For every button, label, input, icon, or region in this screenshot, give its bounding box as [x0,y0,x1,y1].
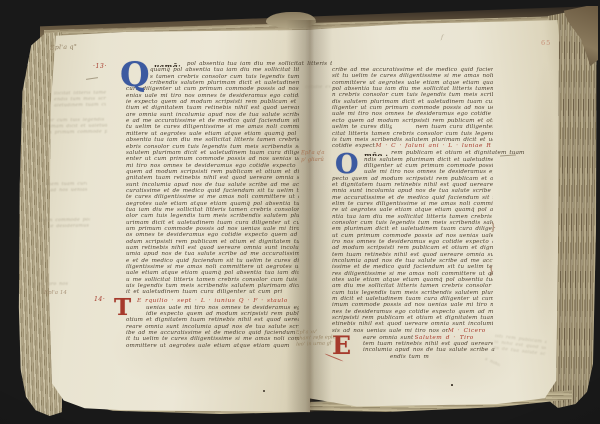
letter-16-sender-line: sis ad nos uenias uale mi tiro nos omnes… [332,328,493,334]
margin-note-mid: Epl'a q'a p' gliarū [301,150,325,164]
letter-15-incipit-line: mn̄o · rem publicam et otium et dignitat… [332,150,525,156]
script-line: aletudinem tuam cura diligenter ut cum p… [54,102,106,109]
script-line: it et ualetudinem tuam cura diligenter u… [126,289,282,295]
script-line: incolumia apud nos de tua salute scribe … [332,347,495,353]
letter-15-rubric: M · C · faluni ani · L · luniae R F · [375,143,493,149]
quire-mark: ſ [441,34,444,41]
letter-13-margin-number: ·13· [93,63,107,70]
ghost-margin-note: lor cum tuis legendis tum meis scribendi… [47,117,107,136]
script-line: m primum commode possis ad nos uenias ua… [47,129,107,136]
ghost-margin-note: dinem tuam cura diligenter ut cum primum… [43,182,87,195]
script-line: es te desideramus ego cotidie expecto qu… [40,223,90,230]
margin-note-line: Epl'a q'a [301,150,325,157]
ink-speck [263,390,265,392]
left-text-block-letter-13: quamq̃ pol absentia tua iam diu me solli… [126,67,299,295]
ink-speck [451,384,453,386]
right-text-block-letter-15: ndis salutem plurimam dicit et ualetudin… [332,157,493,328]
letter-14-margin-note: Epl'a 14 [44,290,67,296]
script-line: is ad nos uenias uale mi tiro nos omnes … [43,188,87,195]
ghost-margin-note: llicitat litteris tamen crebris consolor… [54,91,106,110]
initial-q: Q [120,58,150,92]
margin-brace-mark: } [488,266,494,277]
folio-number: 65 [541,39,551,47]
letter-16-closing-line: endis tum meis scribendis salutem p [332,354,493,360]
left-page-corner-note: Epl'a q° [50,44,78,52]
script-line-segment: endis tum meis scribendis salutem p [390,354,429,360]
letter-14-margin-number: 14· [94,296,105,303]
manuscript-photo: Epl'a q° llicitat litteris tamen crebris… [0,0,600,424]
left-text-block-letter-14: uenias uale mi tiro nos omnes te desider… [126,305,299,349]
letter-16-rubric-recipient: Tiro [460,335,474,341]
script-line: etinebis nihil est quod uereare omnia su… [332,321,493,327]
margin-brace-mark: } [490,222,496,233]
right-text-block-letter-16: tem tuam retinebis nihil est quod uerear… [332,341,493,354]
script-line-segment: eare omnia sunt incolumia apud nos de tu… [363,335,415,341]
letter-16-rubric-salutation: Salutem d · [415,335,456,341]
ghost-margin-note: mum commode possis ad nos uenias uale mi… [40,218,90,231]
margin-note-bottom: Epl'a xv' pham' refe eple leo' in urna g… [296,328,336,348]
initial-o: O [335,151,359,178]
script-line: ommittere ut aegrotes uale etiam atque e… [126,343,289,349]
script-line: mi tiro nos omnes te desideramus ego cot… [38,282,70,288]
margin-note-line: p' gliarū [301,156,325,163]
letter-14-rubric: E rquilio · sept · L · iunius Q · F · st… [137,298,287,304]
script-line: cotidie expecto quem ad modum scripsisti… [305,85,331,91]
script-line: ecto quem ad modum scripsisti rem public… [332,118,493,124]
initial-t: T [114,296,131,319]
letter-16-rubric-sender: M · Cicero [448,328,486,334]
ghost-margin-note: mi tiro nos omnes te desideramus ego cot… [38,282,70,288]
fore-edge-shading [528,60,562,340]
right-text-block-top: cribe ad me accuratissime et de medico q… [332,67,493,124]
ghost-margin-note: cotidie expecto quem ad modum scripsisti… [305,85,331,91]
right-text-block-top-end: citat litteris tamen crebris consolor cu… [332,131,493,144]
